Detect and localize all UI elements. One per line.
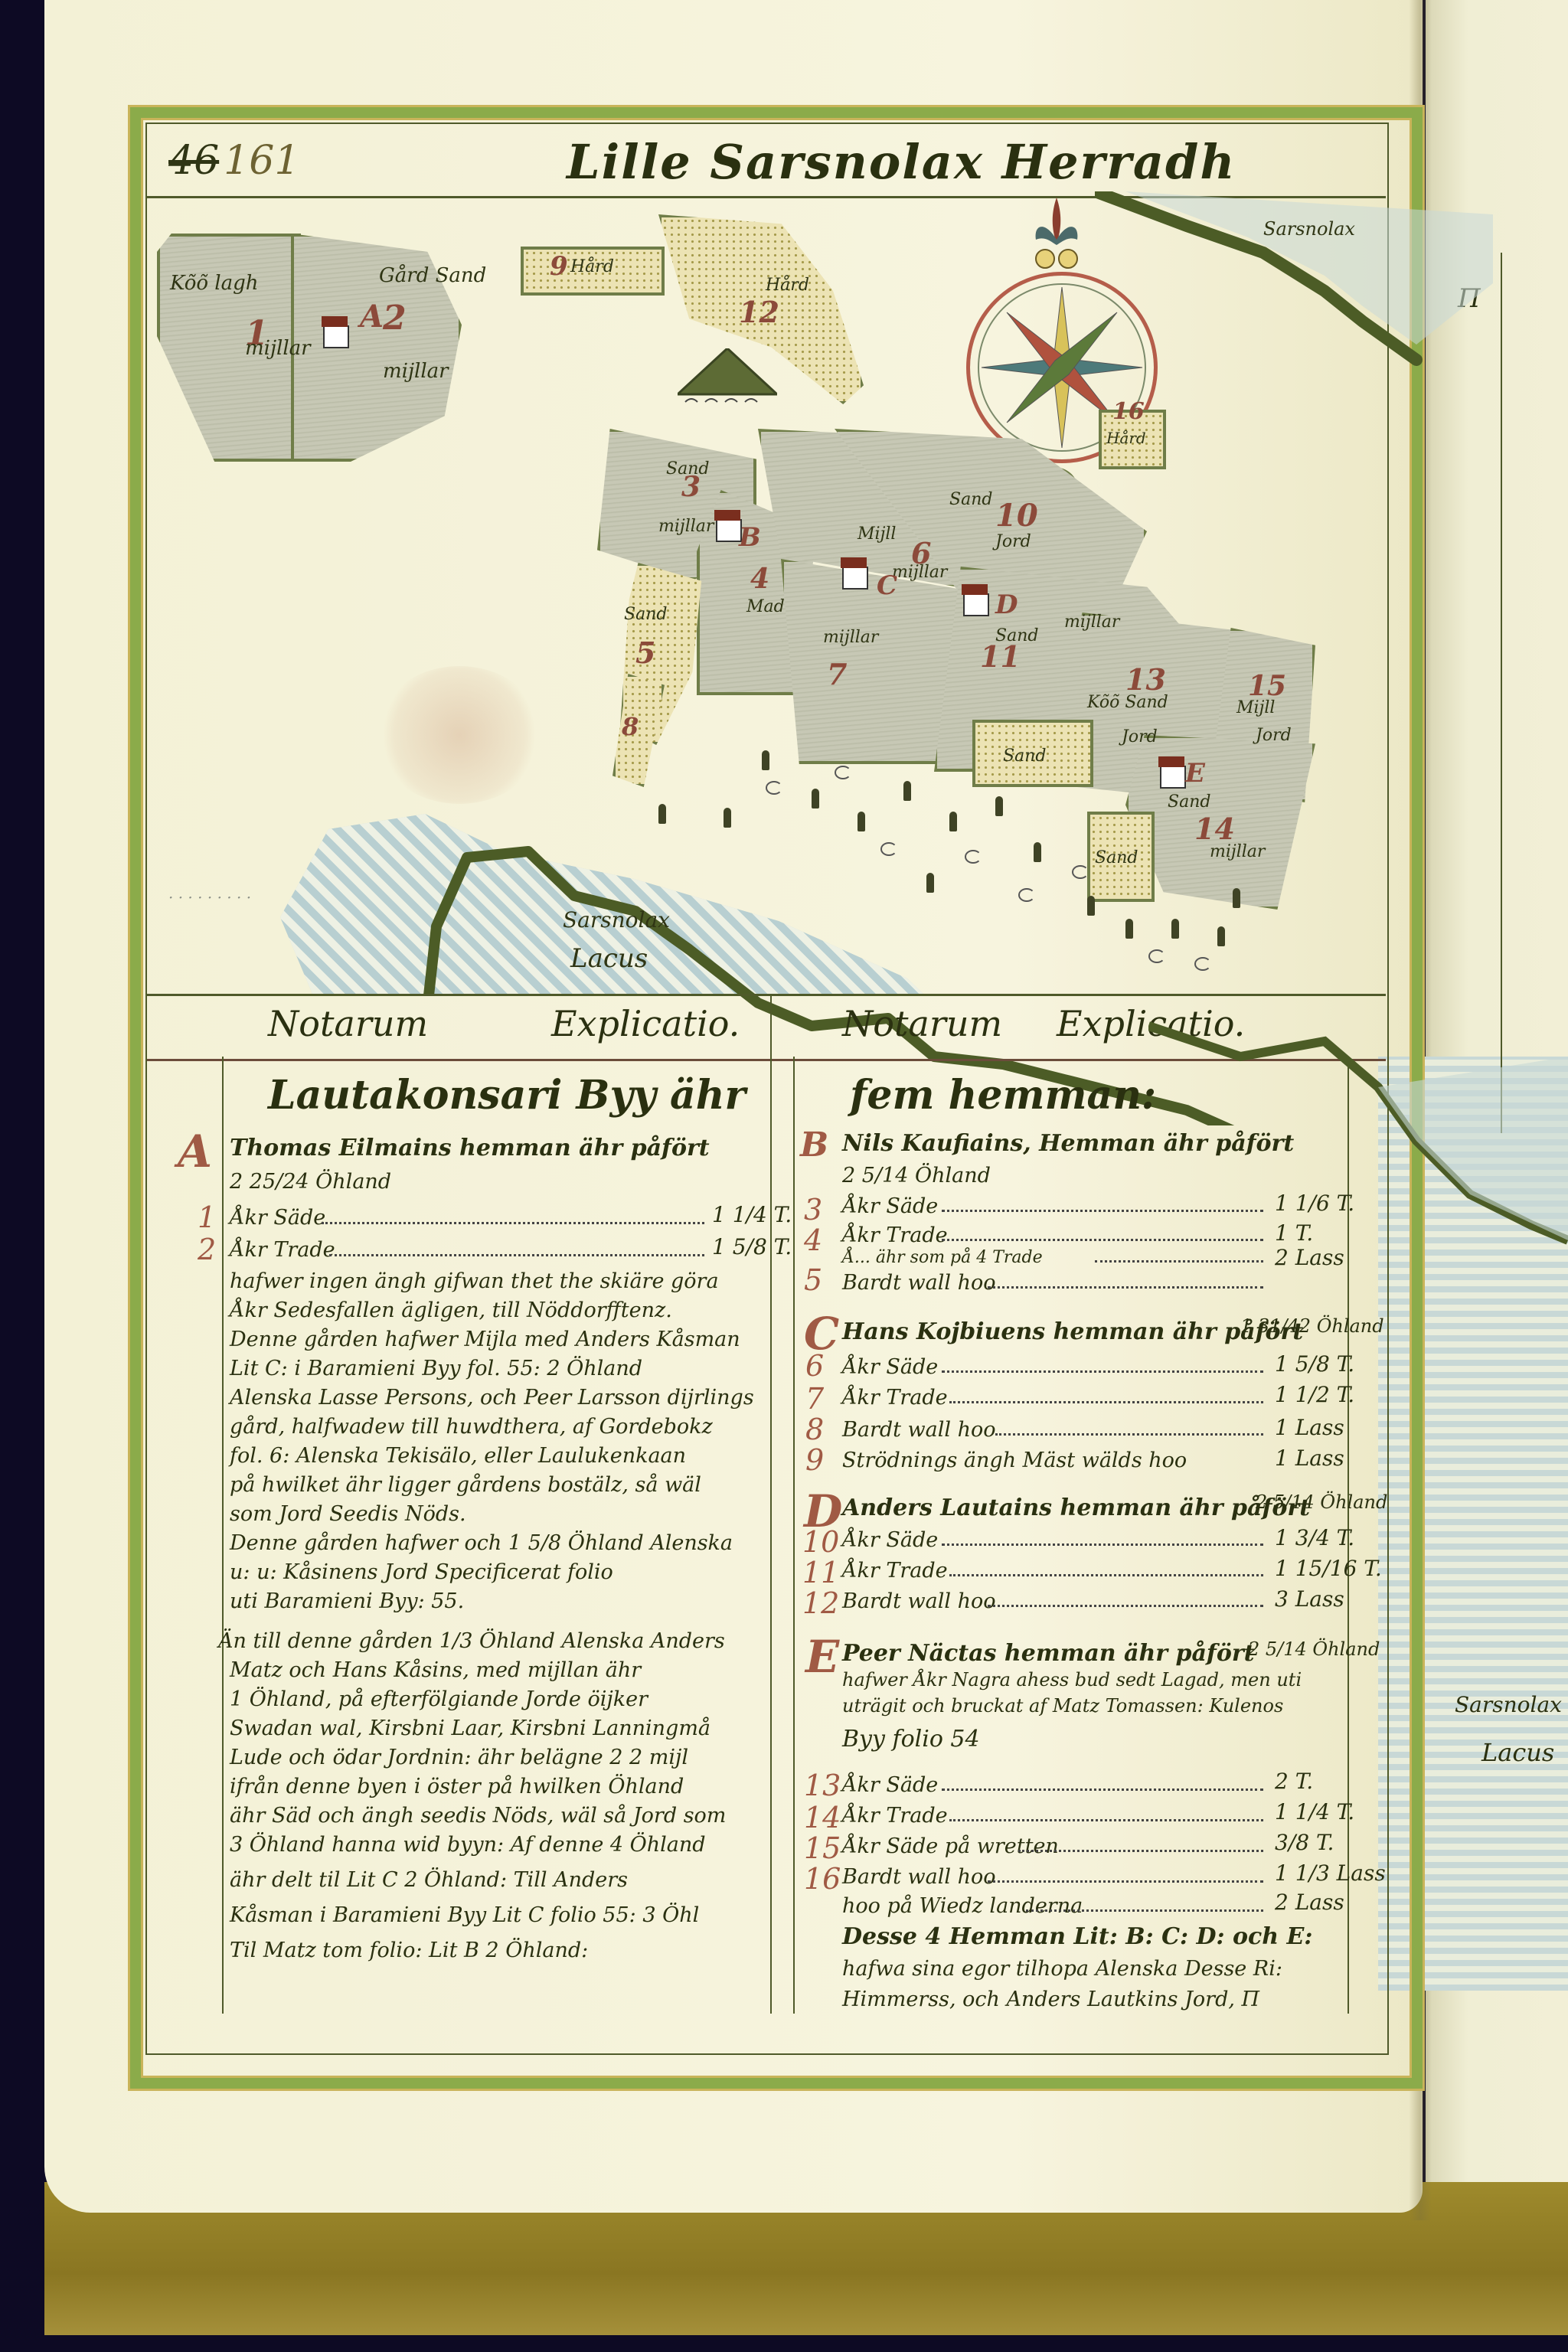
parcel-10-sub: Jord [995, 532, 1031, 551]
entry-A-body-line: Än till denne gården 1/3 Öhland Alenska … [218, 1629, 725, 1653]
row-7-label: Åkr Trade [842, 1386, 948, 1410]
row-16b-label: hoo på Wiedz landerna [842, 1894, 1083, 1918]
parcel-8-number: 8 [622, 712, 639, 741]
entry-A-body-line: Denne gården hafwer Mijla med Anders Kås… [230, 1328, 740, 1351]
farm-letter-C: C [877, 570, 897, 601]
tree-icon [812, 789, 819, 808]
parcel-12-label: Hård [766, 276, 809, 295]
row-15-label: Åkr Säde på wretten [842, 1834, 1059, 1858]
row-12-qty: 3 Lass [1275, 1586, 1344, 1612]
farm-house-D [963, 593, 989, 616]
grove-icon [678, 348, 777, 410]
scrub-icon [835, 766, 851, 779]
row-number-5: 5 [804, 1263, 822, 1297]
row-number-8: 8 [805, 1413, 824, 1446]
right-margin-rule [793, 1057, 795, 2014]
tree-icon [762, 750, 769, 770]
entry-A-body-line: ähr Säd och ängh seedis Nöds, wäl så Jor… [230, 1804, 726, 1828]
entry-E-body-line: Byy folio 54 [842, 1726, 980, 1753]
farm-house-C [842, 567, 868, 590]
row-7-leader [949, 1401, 1263, 1403]
parcel-7-label: mijllar [823, 628, 878, 647]
row-10-label: Åkr Säde [842, 1528, 938, 1552]
farm-letter-A: A [360, 299, 384, 335]
row-8-qty: 1 Lass [1275, 1415, 1344, 1440]
row-number-9: 9 [805, 1443, 824, 1477]
row-8-label: Bardt wall hoo [842, 1418, 996, 1442]
column-divider [770, 995, 772, 2014]
parcel-2-number: 2 [383, 299, 407, 338]
entry-A-body-line: Lude och ödar Jordnin: ähr belägne 2 2 m… [230, 1746, 688, 1769]
right-lake-latin: Lacus [1481, 1738, 1554, 1767]
table-lake-shoreline [1148, 995, 1568, 1317]
parcel-2-label: Gård Sand [379, 264, 486, 287]
parcel-10-label: Sand [949, 490, 992, 509]
row-number-14: 14 [804, 1801, 841, 1834]
row-5-label: Bardt wall hoo [842, 1271, 996, 1295]
row-2-leader [329, 1254, 704, 1256]
north-fleur-de-lis-icon [1030, 198, 1083, 274]
row-13-qty: 2 T. [1275, 1769, 1313, 1794]
parcel-7 [781, 559, 963, 764]
left-subheading: Lautakonsari Byy ähr [268, 1072, 746, 1119]
entry-E-title: Peer Näctas hemman ähr påfört [842, 1640, 1255, 1667]
row-number-16: 16 [804, 1862, 841, 1896]
row-3-label: Åkr Säde [842, 1194, 938, 1218]
entry-A-body-line: som Jord Seedis Nöds. [230, 1502, 466, 1526]
row-15-qty: 3/8 T. [1275, 1830, 1334, 1855]
entry-A-body-line: ifrån denne byen i öster på hwilken Öhla… [230, 1775, 684, 1798]
row-11-label: Åkr Trade [842, 1559, 948, 1583]
row-number-13: 13 [804, 1769, 841, 1802]
parcel-16-number: 16 [1112, 398, 1145, 425]
closing-line: Himmerss, och Anders Lautkins Jord, Π [842, 1988, 1259, 2011]
parcel-15-sub: Jord [1256, 726, 1292, 745]
entry-C-title: Hans Kojbiuens hemman ähr påfört [842, 1318, 1303, 1345]
parcel-15-label: Mijll [1236, 698, 1275, 717]
entry-A-measure: 2 25/24 Öhland [230, 1170, 391, 1194]
tree-icon [995, 796, 1003, 816]
row-1-qty: 1 1/4 T. [712, 1202, 792, 1227]
row-14-leader [949, 1819, 1263, 1821]
tree-icon [949, 812, 957, 831]
entry-B-measure: 2 5/14 Öhland [842, 1164, 991, 1187]
row-11-qty: 1 15/16 T. [1275, 1556, 1382, 1581]
row-16b-leader [1026, 1909, 1263, 1912]
entry-A-body-line: Swadan wal, Kirsbni Laar, Kirsbni Lannin… [230, 1717, 710, 1740]
left-header-explicatio: Explicatio. [551, 1003, 740, 1044]
river-label: Sarsnolax [1263, 218, 1355, 240]
row-13-label: Åkr Säde [842, 1773, 938, 1797]
row-10-qty: 1 3/4 T. [1275, 1525, 1354, 1550]
entry-A-body-line: Lit C: i Baramieni Byy fol. 55: 2 Öhland [230, 1357, 642, 1380]
entry-A-body-line: fol. 6: Alenska Tekisälo, eller Lauluken… [230, 1444, 686, 1468]
farm-house-E [1160, 766, 1186, 789]
row-2-qty: 1 5/8 T. [712, 1234, 792, 1259]
farm-house-B [716, 519, 742, 542]
row-number-2: 2 [198, 1233, 216, 1266]
entry-A-body-line: Åkr Sedesfallen ägligen, till Nöddorffte… [230, 1298, 672, 1322]
parcel-13-number: 13 [1125, 662, 1166, 697]
row-6-leader [942, 1370, 1263, 1373]
lake-name: Sarsnolax [563, 907, 670, 933]
farm-letter-B: B [739, 522, 761, 553]
parcel-10-number: 10 [995, 498, 1038, 534]
entry-letter-E: E [805, 1631, 839, 1683]
row-6-label: Åkr Säde [842, 1355, 938, 1379]
entry-A-body-line: u: u: Kåsinens Jord Specificerat folio [230, 1560, 613, 1584]
entry-A-body-line: Denne gården hafwer och 1 5/8 Öhland Ale… [230, 1531, 733, 1555]
map-title: Lille Sarsnolax Herradh [567, 134, 1236, 190]
closing-line: hafwa sina egor tilhopa Alenska Desse Ri… [842, 1957, 1282, 1981]
entry-E-body-line: uträgit och bruckat af Matz Tomassen: Ku… [842, 1695, 1283, 1717]
row-11-leader [949, 1574, 1263, 1576]
entry-D-measure: 2 5/14 Öhland [1256, 1491, 1387, 1513]
row-14-qty: 1 1/4 T. [1275, 1799, 1354, 1824]
entry-A-title: Thomas Eilmains hemman ähr påfört [230, 1135, 710, 1161]
parcel-3-number: 3 [681, 471, 701, 503]
row-15-leader [1018, 1850, 1263, 1852]
entry-D-title: Anders Lautains hemman ähr påfört [842, 1494, 1310, 1521]
row-13-leader [942, 1788, 1263, 1791]
entry-E-body-line: hafwer Åkr Nagra ahess bud sedt Lagad, m… [842, 1669, 1302, 1690]
parcel-3-sub: mijllar [658, 517, 714, 536]
page-number-current: 161 [224, 138, 299, 184]
right-lake-name: Sarsnolax [1455, 1692, 1562, 1717]
page-number: 46161 [168, 138, 299, 184]
entry-C-measure: 1 31/42 Öhland [1240, 1315, 1384, 1337]
parcel-7-number: 7 [827, 657, 847, 691]
entry-A-body-line: gård, halfwadew till huwdthera, af Gorde… [230, 1415, 713, 1439]
row-12-label: Bardt wall hoo [842, 1589, 996, 1613]
row-number-3: 3 [804, 1193, 822, 1227]
parcel-9-number: 9 [550, 251, 568, 282]
faded-pencil-note: · · · · · · · · · [168, 888, 251, 906]
row-16-label: Bardt wall hoo [842, 1865, 996, 1889]
row-1-label: Åkr Säde [230, 1206, 325, 1230]
entry-A-body-line: hafwer ingen ängh gifwan thet the skiäre… [230, 1269, 719, 1293]
row-14-label: Åkr Trade [842, 1804, 948, 1828]
left-margin-rule [222, 1057, 224, 2014]
row-9-label: Strödnings ängh Mäst wälds hoo [842, 1449, 1187, 1472]
parcel-9-label: Hård [570, 257, 614, 276]
entry-A-body-line: Kåsman i Baramieni Byy Lit C folio 55: 3… [230, 1903, 699, 1927]
entry-E-measure: 2 5/14 Öhland [1248, 1638, 1380, 1660]
row-16-leader [988, 1880, 1263, 1883]
entry-A-body-line: Til Matz tom folio: Lit B 2 Öhland: [230, 1939, 588, 1962]
row-number-11: 11 [802, 1556, 839, 1589]
row-number-4: 4 [804, 1223, 822, 1257]
parcel-15-number: 15 [1248, 670, 1286, 702]
row-1-leader [322, 1222, 704, 1224]
closing-line: Desse 4 Hemman Lit: B: C: D: och E: [842, 1923, 1313, 1950]
farm-house-A [323, 325, 349, 348]
entry-A-body-line: 3 Öhland hanna wid byyn: Af denne 4 Öhla… [230, 1833, 706, 1857]
entry-A-body-line: 1 Öhland, på efterfölgiande Jorde öijker [230, 1687, 648, 1711]
tree-icon [903, 781, 911, 801]
tree-icon [658, 804, 666, 824]
row-number-1: 1 [198, 1200, 216, 1234]
row-number-15: 15 [804, 1831, 841, 1865]
entry-A-body-line: på hwilket ähr ligger gårdens bostälz, s… [230, 1473, 701, 1497]
row-7-qty: 1 1/2 T. [1275, 1382, 1354, 1407]
row-2-label: Åkr Trade [230, 1238, 335, 1262]
entry-letter-B: B [800, 1125, 828, 1165]
parcel-13-label: Kõõ Sand [1087, 693, 1168, 712]
parcel-mijllar-right: mijllar [1064, 612, 1119, 632]
entry-A-body-line: Alenska Lasse Persons, och Peer Larsson … [230, 1386, 754, 1410]
parcel-5-label: Sand [624, 605, 667, 624]
scrub-icon [766, 781, 782, 795]
entry-A-body-line: ähr delt til Lit C 2 Öhland: Till Anders [230, 1868, 628, 1892]
lake-latin: Lacus [570, 943, 648, 974]
entry-letter-A: A [178, 1125, 212, 1178]
parcel-13-sub: Jord [1122, 727, 1158, 746]
row-number-12: 12 [802, 1586, 839, 1620]
row-10-leader [942, 1543, 1263, 1546]
parcel-13-meadow-label: Sand [1003, 746, 1046, 766]
page-number-struck: 46 [168, 138, 219, 184]
row-16b-qty: 2 Lass [1275, 1890, 1344, 1915]
left-header-notarum: Notarum [268, 1003, 428, 1044]
library-stamp [375, 666, 544, 804]
right-subheading: fem hemman: [850, 1072, 1156, 1119]
parcel-12-number: 12 [739, 295, 779, 329]
row-number-6: 6 [805, 1349, 824, 1383]
tree-icon [857, 812, 865, 831]
row-4-label: Åkr Trade [842, 1223, 948, 1247]
parcel-6-label: Mijll [857, 524, 896, 544]
tree-icon [724, 808, 731, 828]
row-4b-label: Å... ähr som på 4 Trade [842, 1248, 1043, 1267]
row-9-qty: 1 Lass [1275, 1445, 1344, 1471]
row-number-10: 10 [802, 1525, 839, 1559]
parcel-11-number: 11 [980, 639, 1021, 674]
row-6-qty: 1 5/8 T. [1275, 1351, 1354, 1377]
entry-A-body-line: uti Baramieni Byy: 55. [230, 1589, 464, 1613]
parcel-16-label: Hård [1106, 429, 1146, 447]
row-number-7: 7 [805, 1382, 824, 1416]
parcel-4-number: 4 [750, 563, 769, 595]
parcel-2-sub: mijllar [383, 360, 449, 383]
parcel-1-label: Kõõ lagh [170, 272, 259, 295]
entry-A-body-line: Matz och Hans Kåsins, med mijllan ähr [230, 1658, 641, 1682]
farm-letter-D: D [995, 590, 1018, 620]
row-8-leader [995, 1433, 1263, 1436]
row-16-qty: 1 1/3 Lass [1275, 1860, 1386, 1886]
parcel-5-number: 5 [635, 635, 655, 670]
parcel-14-label: Sand [1168, 792, 1210, 812]
parcel-4-label: Mad [746, 597, 785, 616]
farm-letter-E: E [1185, 758, 1205, 789]
right-header-notarum: Notarum [842, 1003, 1002, 1044]
parcel-1-sub: mijllar [245, 337, 311, 360]
row-12-leader [988, 1605, 1263, 1607]
parcel-6-sub: mijllar [892, 563, 947, 582]
